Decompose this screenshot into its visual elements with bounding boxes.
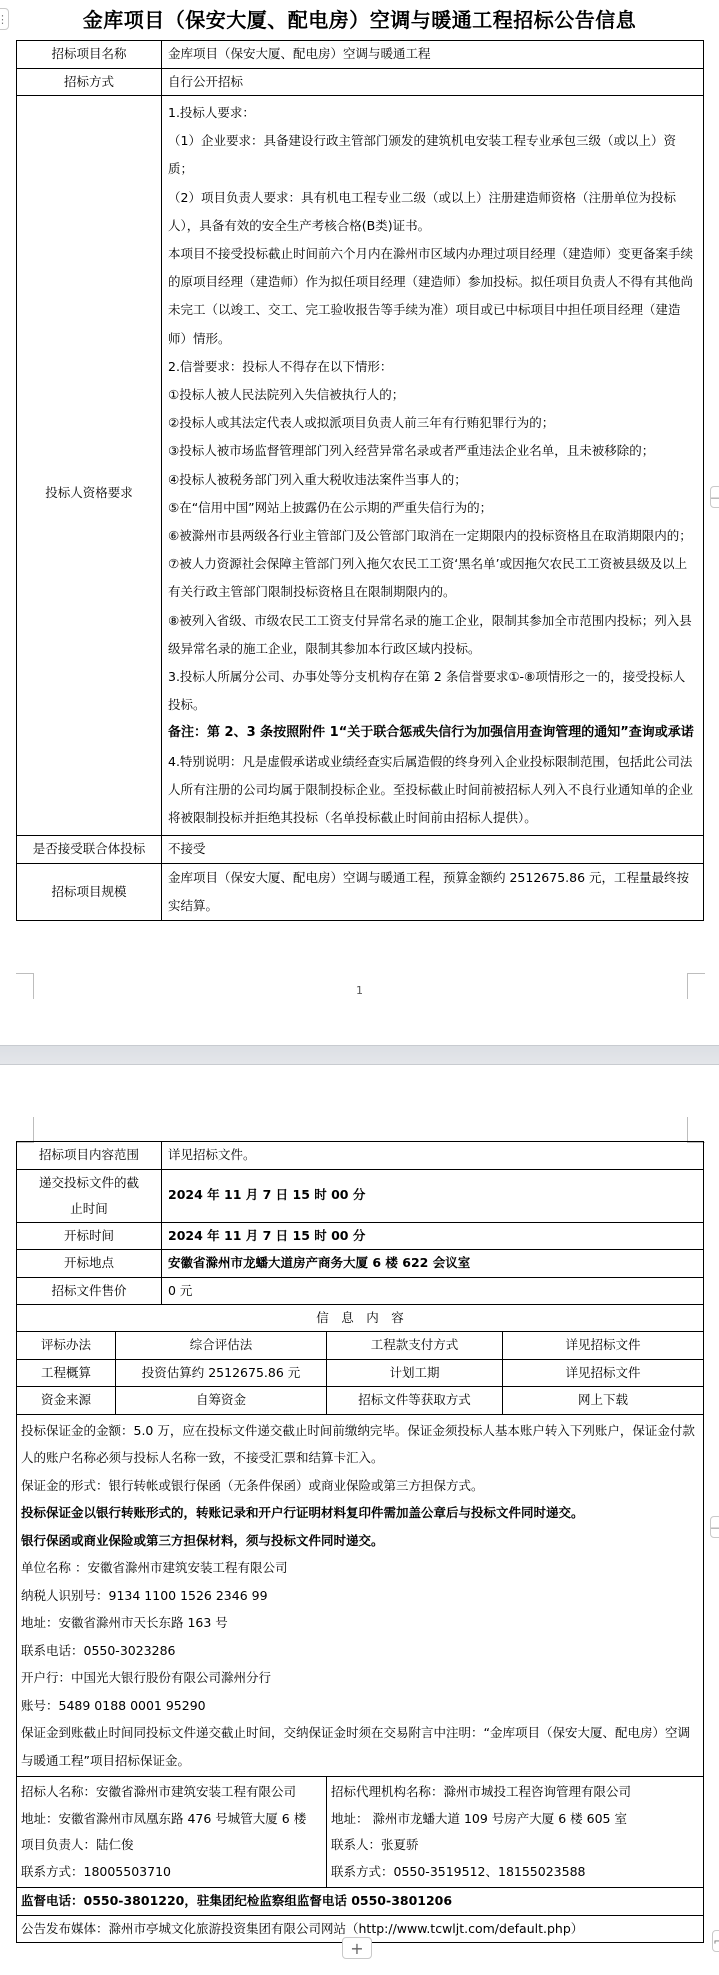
table-row: 投标人资格要求 1.投标人要求： （1）企业要求：具备建设行政主管部门颁发的建筑… (17, 96, 704, 836)
row-label: 开标地点 (17, 1250, 162, 1278)
qualification-line: 4.特别说明：凡是虚假承诺或业绩经查实后属造假的终身列入企业投标限制范围，包括此… (168, 748, 697, 833)
row-value: 2024 年 11 月 7 日 15 时 00 分 (162, 1222, 704, 1250)
qualification-line: ⑤在“信用中国”网站上披露仍在公示期的严重失信行为的； (168, 494, 697, 522)
agency-line: 联系方式：0550-3519512、18155023588 (331, 1859, 699, 1886)
add-button[interactable]: + (342, 1937, 372, 1959)
table-row: 工程概算 投资估算约 2512675.86 元 计划工期 详见招标文件 (17, 1359, 704, 1387)
account-line: 保证金到账截止时间同投标文件递交截止时间，交纳保证金时须在交易附言中注明：“金库… (21, 1719, 699, 1774)
crop-mark (16, 1117, 34, 1143)
document-title: 金库项目（保安大厦、配电房）空调与暖通工程招标公告信息 (0, 2, 719, 38)
agency-line: 地址： 滁州市龙蟠大道 109 号房产大厦 6 楼 605 室 (331, 1806, 699, 1833)
expand-icon: ⌐ (713, 1935, 719, 1948)
row-label: 是否接受联合体投标 (17, 836, 162, 864)
expand-corner-button[interactable]: ⌐ (712, 1930, 719, 1952)
qualification-line: 2.信誉要求：投标人不得存在以下情形： (168, 353, 697, 381)
tenderer-line: 项目负责人：陆仁俊 (21, 1832, 322, 1859)
qualification-line: （2）项目负责人要求：具有机电工程专业二级（或以上）注册建造师资格（注册单位为投… (168, 184, 697, 240)
qualification-label: 投标人资格要求 (17, 96, 162, 836)
info-table: 信 息 内 容 评标办法 综合评估法 工程款支付方式 详见招标文件 工程概算 投… (16, 1304, 704, 1943)
table-row: 递交投标文件的截止时间 2024 年 11 月 7 日 15 时 00 分 (17, 1169, 704, 1222)
table-row: 招标文件售价 0 元 (17, 1277, 704, 1305)
table-row: 开标地点 安徽省滁州市龙蟠大道房产商务大厦 6 楼 622 会议室 (17, 1250, 704, 1278)
row-value: 0 元 (162, 1277, 704, 1305)
tenderer-line: 联系方式：18005503710 (21, 1859, 322, 1886)
announcement-table-page-1: 招标项目名称 金库项目（保安大厦、配电房）空调与暖通工程 招标方式 自行公开招标… (16, 40, 704, 921)
contact-row: 招标人名称：安徽省滁州市建筑安装工程有限公司 地址：安徽省滁州市凤凰东路 476… (17, 1777, 704, 1888)
row-value: 详见招标文件。 (162, 1142, 704, 1170)
qualification-line: （1）企业要求：具备建设行政主管部门颁发的建筑机电安装工程专业承包三级（或以上）… (168, 127, 697, 183)
qualification-line: ②投标人或其法定代表人或拟派项目负责人前三年有行贿犯罪行为的； (168, 409, 697, 437)
qualification-line: ④投标人被税务部门列入重大税收违法案件当事人的； (168, 466, 697, 494)
agency-contact: 招标代理机构名称：滁州市城投工程咨询管理有限公司 地址： 滁州市龙蟠大道 109… (327, 1777, 704, 1888)
info-cell: 自筹资金 (116, 1387, 327, 1415)
minus-icon: — (711, 491, 719, 504)
qualification-content: 1.投标人要求： （1）企业要求：具备建设行政主管部门颁发的建筑机电安装工程专业… (162, 96, 704, 836)
table-row: 评标办法 综合评估法 工程款支付方式 详见招标文件 (17, 1332, 704, 1360)
announcement-table-page-2: 招标项目内容范围 详见招标文件。 递交投标文件的截止时间 2024 年 11 月… (16, 1141, 704, 1305)
row-label: 招标文件售价 (17, 1277, 162, 1305)
table-row: 招标项目内容范围 详见招标文件。 (17, 1142, 704, 1170)
info-cell: 评标办法 (17, 1332, 116, 1360)
deposit-section: 投标保证金的金额：5.0 万，应在投标文件递交截止时间前缴纳完毕。保证金须投标人… (17, 1414, 704, 1777)
qualification-line: ⑦被人力资源社会保障主管部门列入拖欠农民工工资‘黑名单’或因拖欠农民工工资被县级… (168, 550, 697, 606)
row-value: 自行公开招标 (162, 68, 704, 96)
agency-line: 招标代理机构名称：滁州市城投工程咨询管理有限公司 (331, 1779, 699, 1806)
info-cell: 计划工期 (327, 1359, 503, 1387)
info-cell: 工程概算 (17, 1359, 116, 1387)
info-cell: 工程款支付方式 (327, 1332, 503, 1360)
tenderer-line: 招标人名称：安徽省滁州市建筑安装工程有限公司 (21, 1779, 322, 1806)
crop-mark (687, 1117, 705, 1143)
qualification-line: 1.投标人要求： (168, 99, 697, 127)
row-value: 金库项目（保安大厦、配电房）空调与暖通工程 (162, 41, 704, 69)
info-cell: 网上下载 (503, 1387, 704, 1415)
table-row: 是否接受联合体投标 不接受 (17, 836, 704, 864)
info-header: 信 息 内 容 (17, 1305, 704, 1332)
row-label: 招标项目规模 (17, 863, 162, 920)
row-value: 金库项目（保安大厦、配电房）空调与暖通工程，预算金额约 2512675.86 元… (162, 863, 704, 920)
account-line: 单位名称 ：安徽省滁州市建筑安装工程有限公司 (21, 1554, 699, 1582)
table-row: 招标项目规模 金库项目（保安大厦、配电房）空调与暖通工程，预算金额约 25126… (17, 863, 704, 920)
table-row: 招标方式 自行公开招标 (17, 68, 704, 96)
account-line: 纳税人识别号：9134 1100 1526 2346 99 (21, 1582, 699, 1610)
account-line: 联系电话：0550-3023286 (21, 1637, 699, 1665)
row-value: 2024 年 11 月 7 日 15 时 00 分 (162, 1169, 704, 1222)
document-page-1: ⋮ 金库项目（保安大厦、配电房）空调与暖通工程招标公告信息 招标项目名称 金库项… (0, 0, 719, 1045)
qualification-remark: 备注：第 2、3 条按照附件 1“关于联合惩戒失信行为加强信用查询管理的通知”查… (168, 719, 697, 747)
side-collapse-button[interactable]: — (710, 486, 719, 508)
row-label: 招标项目内容范围 (17, 1142, 162, 1170)
row-label: 招标方式 (17, 68, 162, 96)
tenderer-line: 地址：安徽省滁州市凤凰东路 476 号城管大厦 6 楼 (21, 1806, 322, 1833)
plus-icon: + (350, 1939, 363, 1958)
supervision-phone: 监督电话：0550-3801220，驻集团纪检监察组监督电话 0550-3801… (17, 1888, 704, 1916)
qualification-line: ⑥被滁州市县两级各行业主管部门及公管部门取消在一定期限内的投标资格且在取消期限内… (168, 522, 697, 550)
minus-icon: — (711, 1521, 719, 1534)
qualification-line: 本项目不接受投标截止时间前六个月内在滁州市区域内办理过项目经理（建造师）变更备案… (168, 240, 697, 353)
account-line: 账号：5489 0188 0001 95290 (21, 1692, 699, 1720)
qualification-line: ⑧被列入省级、市级农民工工资支付异常名录的施工企业，限制其参加全市范围内投标；列… (168, 607, 697, 663)
row-value: 安徽省滁州市龙蟠大道房产商务大厦 6 楼 622 会议室 (162, 1250, 704, 1278)
table-row: 开标时间 2024 年 11 月 7 日 15 时 00 分 (17, 1222, 704, 1250)
table-row: 招标项目名称 金库项目（保安大厦、配电房）空调与暖通工程 (17, 41, 704, 69)
deposit-line: 保证金的形式：银行转帐或银行保函（无条件保函）或商业保险或第三方担保方式。 (21, 1472, 699, 1500)
agency-line: 联系人：张夏骄 (331, 1832, 699, 1859)
page-separator (0, 1045, 719, 1065)
info-cell: 招标文件等获取方式 (327, 1387, 503, 1415)
info-cell: 详见招标文件 (503, 1359, 704, 1387)
row-value: 不接受 (162, 836, 704, 864)
info-cell: 详见招标文件 (503, 1332, 704, 1360)
side-collapse-button[interactable]: — (710, 1516, 719, 1538)
account-line: 开户行：中国光大银行股份有限公司滁州分行 (21, 1664, 699, 1692)
info-cell: 投资估算约 2512675.86 元 (116, 1359, 327, 1387)
qualification-line: ①投标人被人民法院列入失信被执行人的； (168, 381, 697, 409)
page-number: 1 (0, 984, 719, 997)
qualification-line: 3.投标人所属分公司、办事处等分支机构存在第 2 条信誉要求①-⑧项情形之一的，… (168, 663, 697, 719)
info-cell: 综合评估法 (116, 1332, 327, 1360)
deposit-bold-line: 投标保证金以银行转账形式的，转账记录和开户行证明材料复印件需加盖公章后与投标文件… (21, 1499, 699, 1527)
row-label: 招标项目名称 (17, 41, 162, 69)
deposit-line: 投标保证金的金额：5.0 万，应在投标文件递交截止时间前缴纳完毕。保证金须投标人… (21, 1417, 699, 1472)
row-label: 开标时间 (17, 1222, 162, 1250)
account-line: 地址：安徽省滁州市天长东路 163 号 (21, 1609, 699, 1637)
tenderer-contact: 招标人名称：安徽省滁州市建筑安装工程有限公司 地址：安徽省滁州市凤凰东路 476… (17, 1777, 327, 1888)
row-label: 递交投标文件的截止时间 (17, 1169, 162, 1222)
table-row: 资金来源 自筹资金 招标文件等获取方式 网上下载 (17, 1387, 704, 1415)
deposit-bold-line: 银行保函或商业保险或第三方担保材料，须与投标文件同时递交。 (21, 1527, 699, 1555)
info-cell: 资金来源 (17, 1387, 116, 1415)
qualification-line: ③投标人被市场监督管理部门列入经营异常名录或者严重违法企业名单，且未被移除的； (168, 437, 697, 465)
